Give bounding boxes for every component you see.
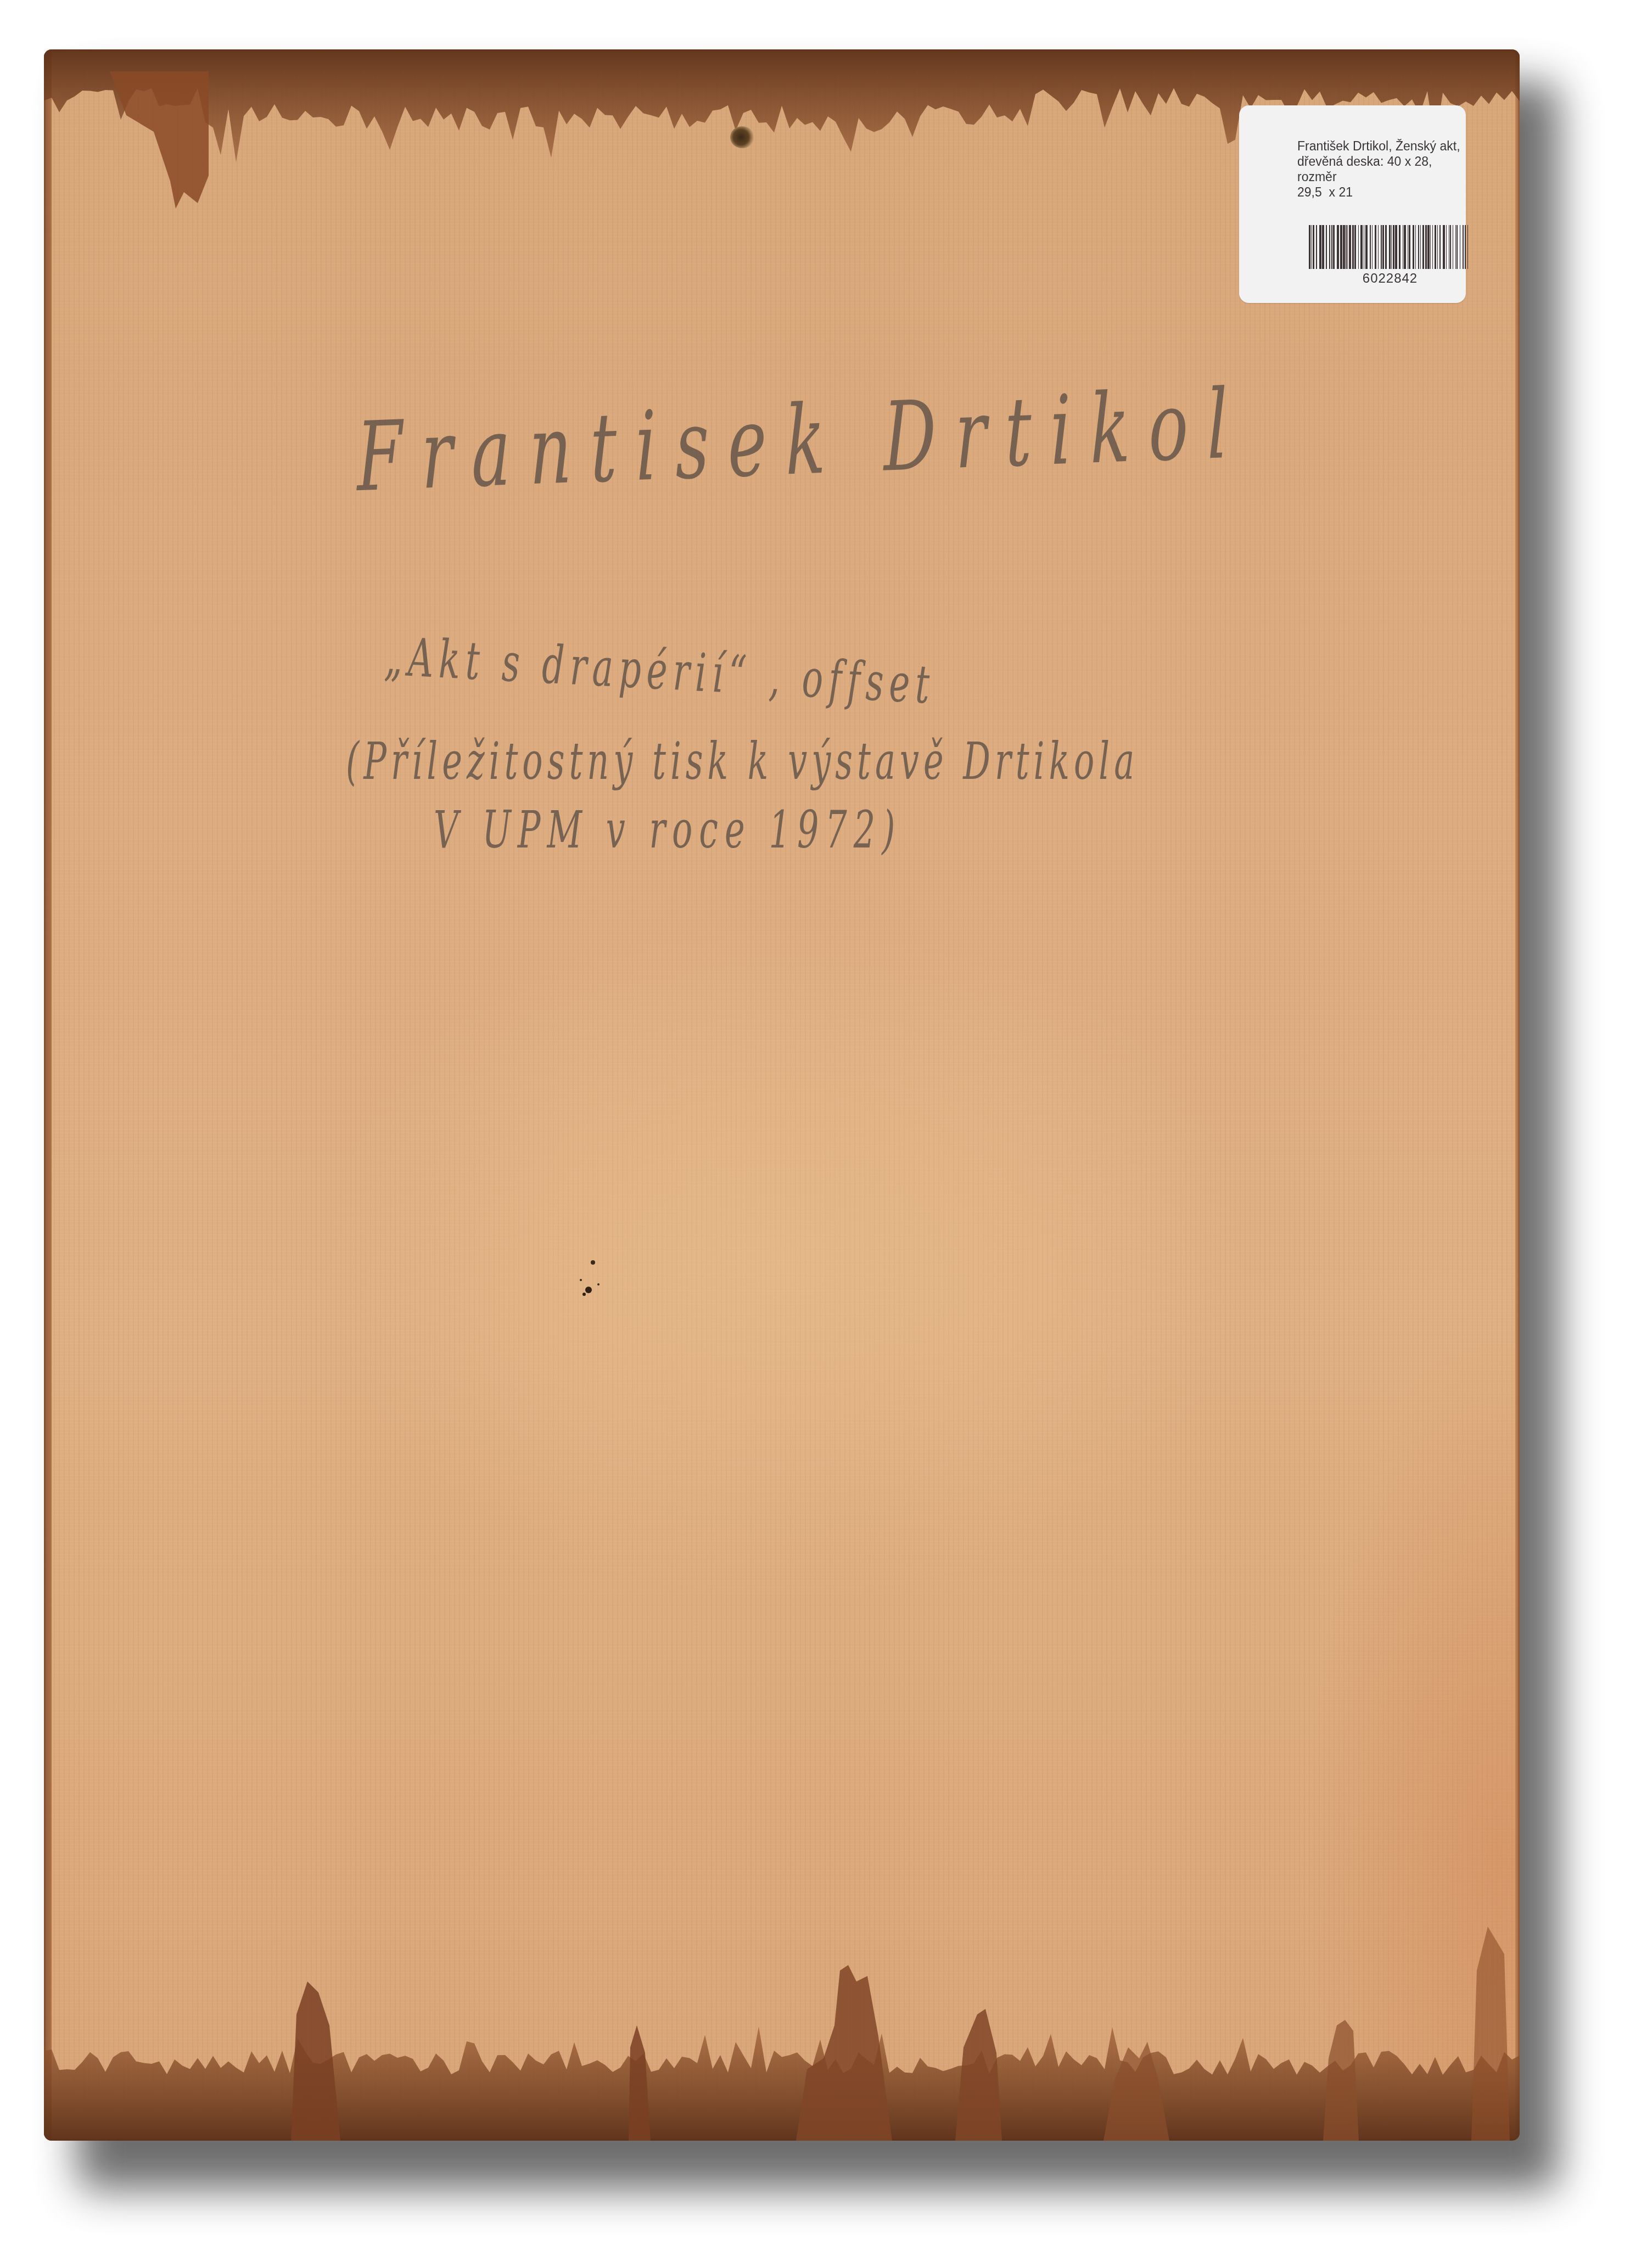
label-line-1: František Drtikol, Ženský akt,: [1297, 138, 1462, 154]
wooden-board: [44, 49, 1520, 2141]
water-stains: [44, 49, 1520, 2141]
inventory-label: František Drtikol, Ženský akt, dřevěná d…: [1239, 105, 1466, 303]
label-line-2: dřevěná deska: 40 x 28, rozměr: [1297, 154, 1462, 184]
barcode-number: 6022842: [1305, 271, 1475, 287]
artwork-back-photo: Frantisek Drtikol „Akt s drapérií“ , off…: [0, 0, 1647, 2268]
nail-hole: [730, 126, 754, 148]
dark-specks: [576, 1251, 609, 1301]
barcode-icon: [1309, 225, 1471, 269]
pencil-inscription-note-line1: (Příležitostný tisk k výstavě Drtikola: [346, 731, 1139, 791]
pencil-inscription-note-line2: V UPM v roce 1972): [434, 800, 901, 860]
label-line-3: 29,5 x 21: [1297, 184, 1462, 200]
label-description: František Drtikol, Ženský akt, dřevěná d…: [1297, 138, 1462, 200]
